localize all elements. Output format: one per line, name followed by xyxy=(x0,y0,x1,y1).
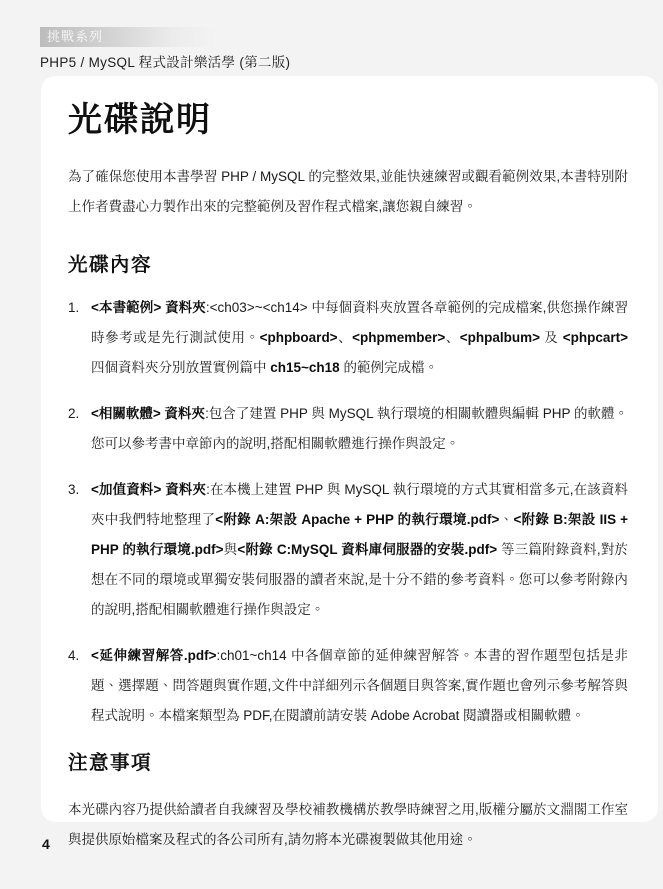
section-heading-notes: 注意事項 xyxy=(68,747,628,775)
list-item-number: 2. xyxy=(68,399,79,429)
list-item-number: 3. xyxy=(68,475,79,505)
list-item: 2.<相關軟體> 資料夾:包含了建置 PHP 與 MySQL 執行環境的相關軟體… xyxy=(68,399,628,459)
section-heading-cd-contents: 光碟內容 xyxy=(68,249,628,277)
notes-paragraph: 本光碟內容乃提供給讀者自我練習及學校補教機構於教學時練習之用,版權分屬於文淵閣工… xyxy=(68,795,628,855)
series-label: 挑戰系列 xyxy=(47,29,103,44)
page-number: 4 xyxy=(42,836,50,852)
list-item: 3.<加值資料> 資料夾:在本機上建置 PHP 與 MySQL 執行環境的方式其… xyxy=(68,475,628,625)
series-banner: 挑戰系列 xyxy=(40,27,217,47)
list-item-number: 4. xyxy=(68,641,79,671)
book-title: PHP5 / MySQL 程式設計樂活學 (第二版) xyxy=(40,51,290,71)
list-item-text: <延伸練習解答.pdf>:ch01~ch14 中各個章節的延伸練習解答。本書的習… xyxy=(91,648,628,723)
list-item-text: <本書範例> 資料夾:<ch03>~<ch14> 中每個資料夾放置各章範例的完成… xyxy=(91,300,628,375)
list-item: 4.<延伸練習解答.pdf>:ch01~ch14 中各個章節的延伸練習解答。本書… xyxy=(68,641,628,731)
content-card: 光碟說明 為了確保您使用本書學習 PHP / MySQL 的完整效果,並能快速練… xyxy=(41,76,658,822)
intro-paragraph: 為了確保您使用本書學習 PHP / MySQL 的完整效果,並能快速練習或觀看範… xyxy=(68,162,628,222)
page-header: 挑戰系列 PHP5 / MySQL 程式設計樂活學 (第二版) xyxy=(40,27,290,71)
list-item: 1.<本書範例> 資料夾:<ch03>~<ch14> 中每個資料夾放置各章範例的… xyxy=(68,293,628,383)
list-item-text: <加值資料> 資料夾:在本機上建置 PHP 與 MySQL 執行環境的方式其實相… xyxy=(91,482,628,617)
list-item-text: <相關軟體> 資料夾:包含了建置 PHP 與 MySQL 執行環境的相關軟體與編… xyxy=(91,406,628,451)
list-item-number: 1. xyxy=(68,293,79,323)
cd-contents-list: 1.<本書範例> 資料夾:<ch03>~<ch14> 中每個資料夾放置各章範例的… xyxy=(68,293,628,731)
page-title: 光碟說明 xyxy=(68,92,628,141)
